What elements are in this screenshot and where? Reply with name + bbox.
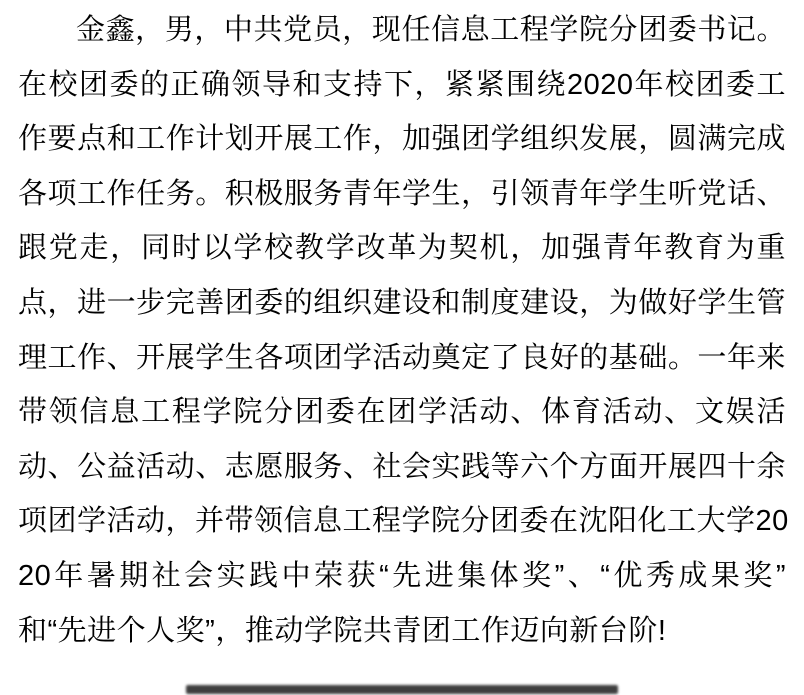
article-line: 跟党走，同时以学校教学改革为契机，加强青年教育为重 <box>18 221 786 276</box>
article-line: 20年暑期社会实践中荣获“先进集体奖”、“优秀成果奖” <box>18 549 786 604</box>
article-body: 金鑫，男，中共党员，现任信息工程学院分团委书记。 在校团委的正确领导和支持下，紧… <box>18 3 786 658</box>
article-line: 理工作、开展学生各项团学活动奠定了良好的基础。一年来 <box>18 331 786 386</box>
article-line: 作要点和工作计划开展工作，加强团学组织发展，圆满完成 <box>18 112 786 167</box>
article-line: 各项工作任务。积极服务青年学生，引领青年学生听党话、 <box>18 167 786 222</box>
article-line: 带领信息工程学院分团委在团学活动、体育活动、文娱活 <box>18 385 786 440</box>
document-page: 金鑫，男，中共党员，现任信息工程学院分团委书记。 在校团委的正确领导和支持下，紧… <box>0 0 804 695</box>
blurred-watermark-bar-icon <box>186 685 618 694</box>
article-line: 在校团委的正确领导和支持下，紧紧围绕2020年校团委工 <box>18 58 786 113</box>
article-line: 动、公益活动、志愿服务、社会实践等六个方面开展四十余 <box>18 440 786 495</box>
article-line: 点，进一步完善团委的组织建设和制度建设，为做好学生管 <box>18 276 786 331</box>
article-line: 金鑫，男，中共党员，现任信息工程学院分团委书记。 <box>18 3 786 58</box>
article-line: 项团学活动，并带领信息工程学院分团委在沈阳化工大学20 <box>18 494 786 549</box>
article-line: 和“先进个人奖”，推动学院共青团工作迈向新台阶! <box>18 604 786 659</box>
